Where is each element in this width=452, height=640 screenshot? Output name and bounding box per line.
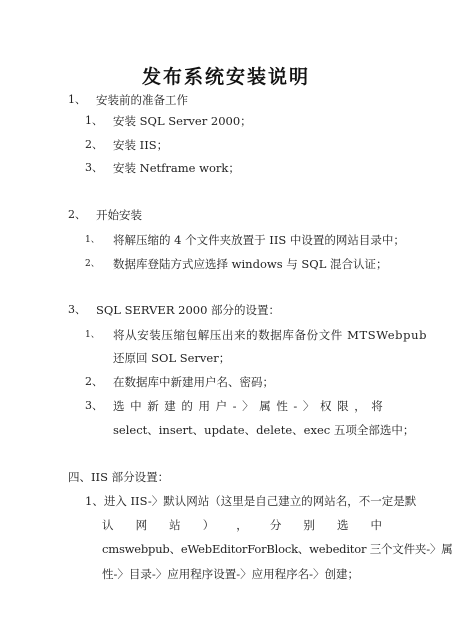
section-3-item-1-text: 将从安装压缩包解压出来的数据库备份文件 MTSWebpub (113, 328, 383, 342)
text-fragment: 建 (164, 399, 176, 413)
section-4-item-1-continuation: 认 网 站 ） ， 分 别 选 中 (102, 518, 382, 532)
section-4-number: 四、 (68, 470, 91, 484)
section-4-item-1-continuation-2: cmswebpub、eWebEditorForBlock、webeditor 三… (102, 542, 452, 556)
section-1-item-3-text: 安装 Netframe work； (113, 161, 240, 175)
text-fragment: ， (354, 399, 366, 413)
section-4-item-1-number: 1、 (85, 494, 104, 508)
section-3-item-3-text: 选 中 新 建 的 用 户 - 〉 属 性 - 〉 权 限 ， 将 (113, 399, 383, 413)
section-1-item-2-number: 2、 (85, 138, 103, 152)
text-fragment: 别 (303, 518, 315, 532)
text-fragment: 权 (320, 399, 332, 413)
section-4-heading-line: 四、IIS 部分设置： (68, 470, 169, 484)
document-title: 发布系统安装说明 (0, 62, 452, 89)
section-1-item-3-number: 3、 (85, 161, 103, 175)
section-3-item-3-continuation: select、insert、update、delete、exec 五项全部选中； (113, 423, 414, 437)
text-fragment: 限 (337, 399, 349, 413)
text-fragment: - (233, 399, 237, 413)
section-2-item-1-text: 将解压缩的 4 个文件夹放置于 IIS 中设置的网站目录中； (113, 233, 405, 247)
text-fragment: 性 (276, 399, 288, 413)
text-fragment: 网 (136, 518, 148, 532)
section-1-item-1-number: 1、 (85, 114, 103, 128)
text-fragment: 〉 (242, 399, 254, 413)
section-3-heading: SQL SERVER 2000 部分的设置： (96, 303, 280, 317)
section-3-item-2-text: 在数据库中新建用户名、密码； (113, 375, 274, 389)
text-fragment: 中 (371, 518, 383, 532)
text-fragment: - (293, 399, 297, 413)
section-4-item-1-continuation-3: 性-〉目录-〉应用程序设置-〉应用程序名-〉创建； (102, 567, 359, 581)
section-3-item-1-number: 1、 (85, 328, 100, 342)
section-3-item-1-continuation: 还原回 SOL Server； (113, 351, 230, 365)
text-fragment: 认 (102, 518, 114, 532)
text-fragment: 选 (113, 399, 125, 413)
section-4-heading: IIS 部分设置： (91, 470, 169, 484)
text-fragment: ） (203, 518, 215, 532)
section-1-item-2-text: 安装 IIS； (113, 138, 168, 152)
section-1-heading: 安装前的准备工作 (96, 93, 188, 107)
section-4-item-1-line: 1、进入 IIS-〉默认网站（这里是自己建立的网站名，不一定是默 (85, 494, 416, 508)
text-fragment: 站 (169, 518, 181, 532)
text-fragment: 新 (147, 399, 159, 413)
text-fragment: 将 (371, 399, 383, 413)
section-3-number: 3、 (68, 303, 86, 317)
section-2-item-1-number: 1、 (85, 233, 100, 247)
section-3-item-2-number: 2、 (85, 375, 103, 389)
text-fragment: 〉 (303, 399, 315, 413)
text-fragment: 户 (216, 399, 228, 413)
text-fragment: 分 (270, 518, 282, 532)
section-2-item-2-number: 2、 (85, 257, 100, 271)
text-fragment: 的 (181, 399, 193, 413)
text-fragment: 选 (337, 518, 349, 532)
section-1-number: 1、 (68, 93, 86, 107)
section-2-item-2-text: 数据库登陆方式应选择 windows 与 SQL 混合认证； (113, 257, 388, 271)
text-fragment: 用 (198, 399, 210, 413)
section-1-item-1-text: 安装 SQL Server 2000； (113, 114, 252, 128)
section-3-item-3-number: 3、 (85, 399, 103, 413)
text-fragment: 属 (259, 399, 271, 413)
document-page: 发布系统安装说明 1、 安装前的准备工作 1、 安装 SQL Server 20… (0, 0, 452, 640)
text-fragment: 中 (130, 399, 142, 413)
section-2-number: 2、 (68, 208, 86, 222)
section-2-heading: 开始安装 (96, 208, 142, 222)
section-4-item-1-text: 进入 IIS-〉默认网站（这里是自己建立的网站名，不一定是默 (104, 494, 416, 508)
text-fragment: ， (236, 518, 248, 532)
